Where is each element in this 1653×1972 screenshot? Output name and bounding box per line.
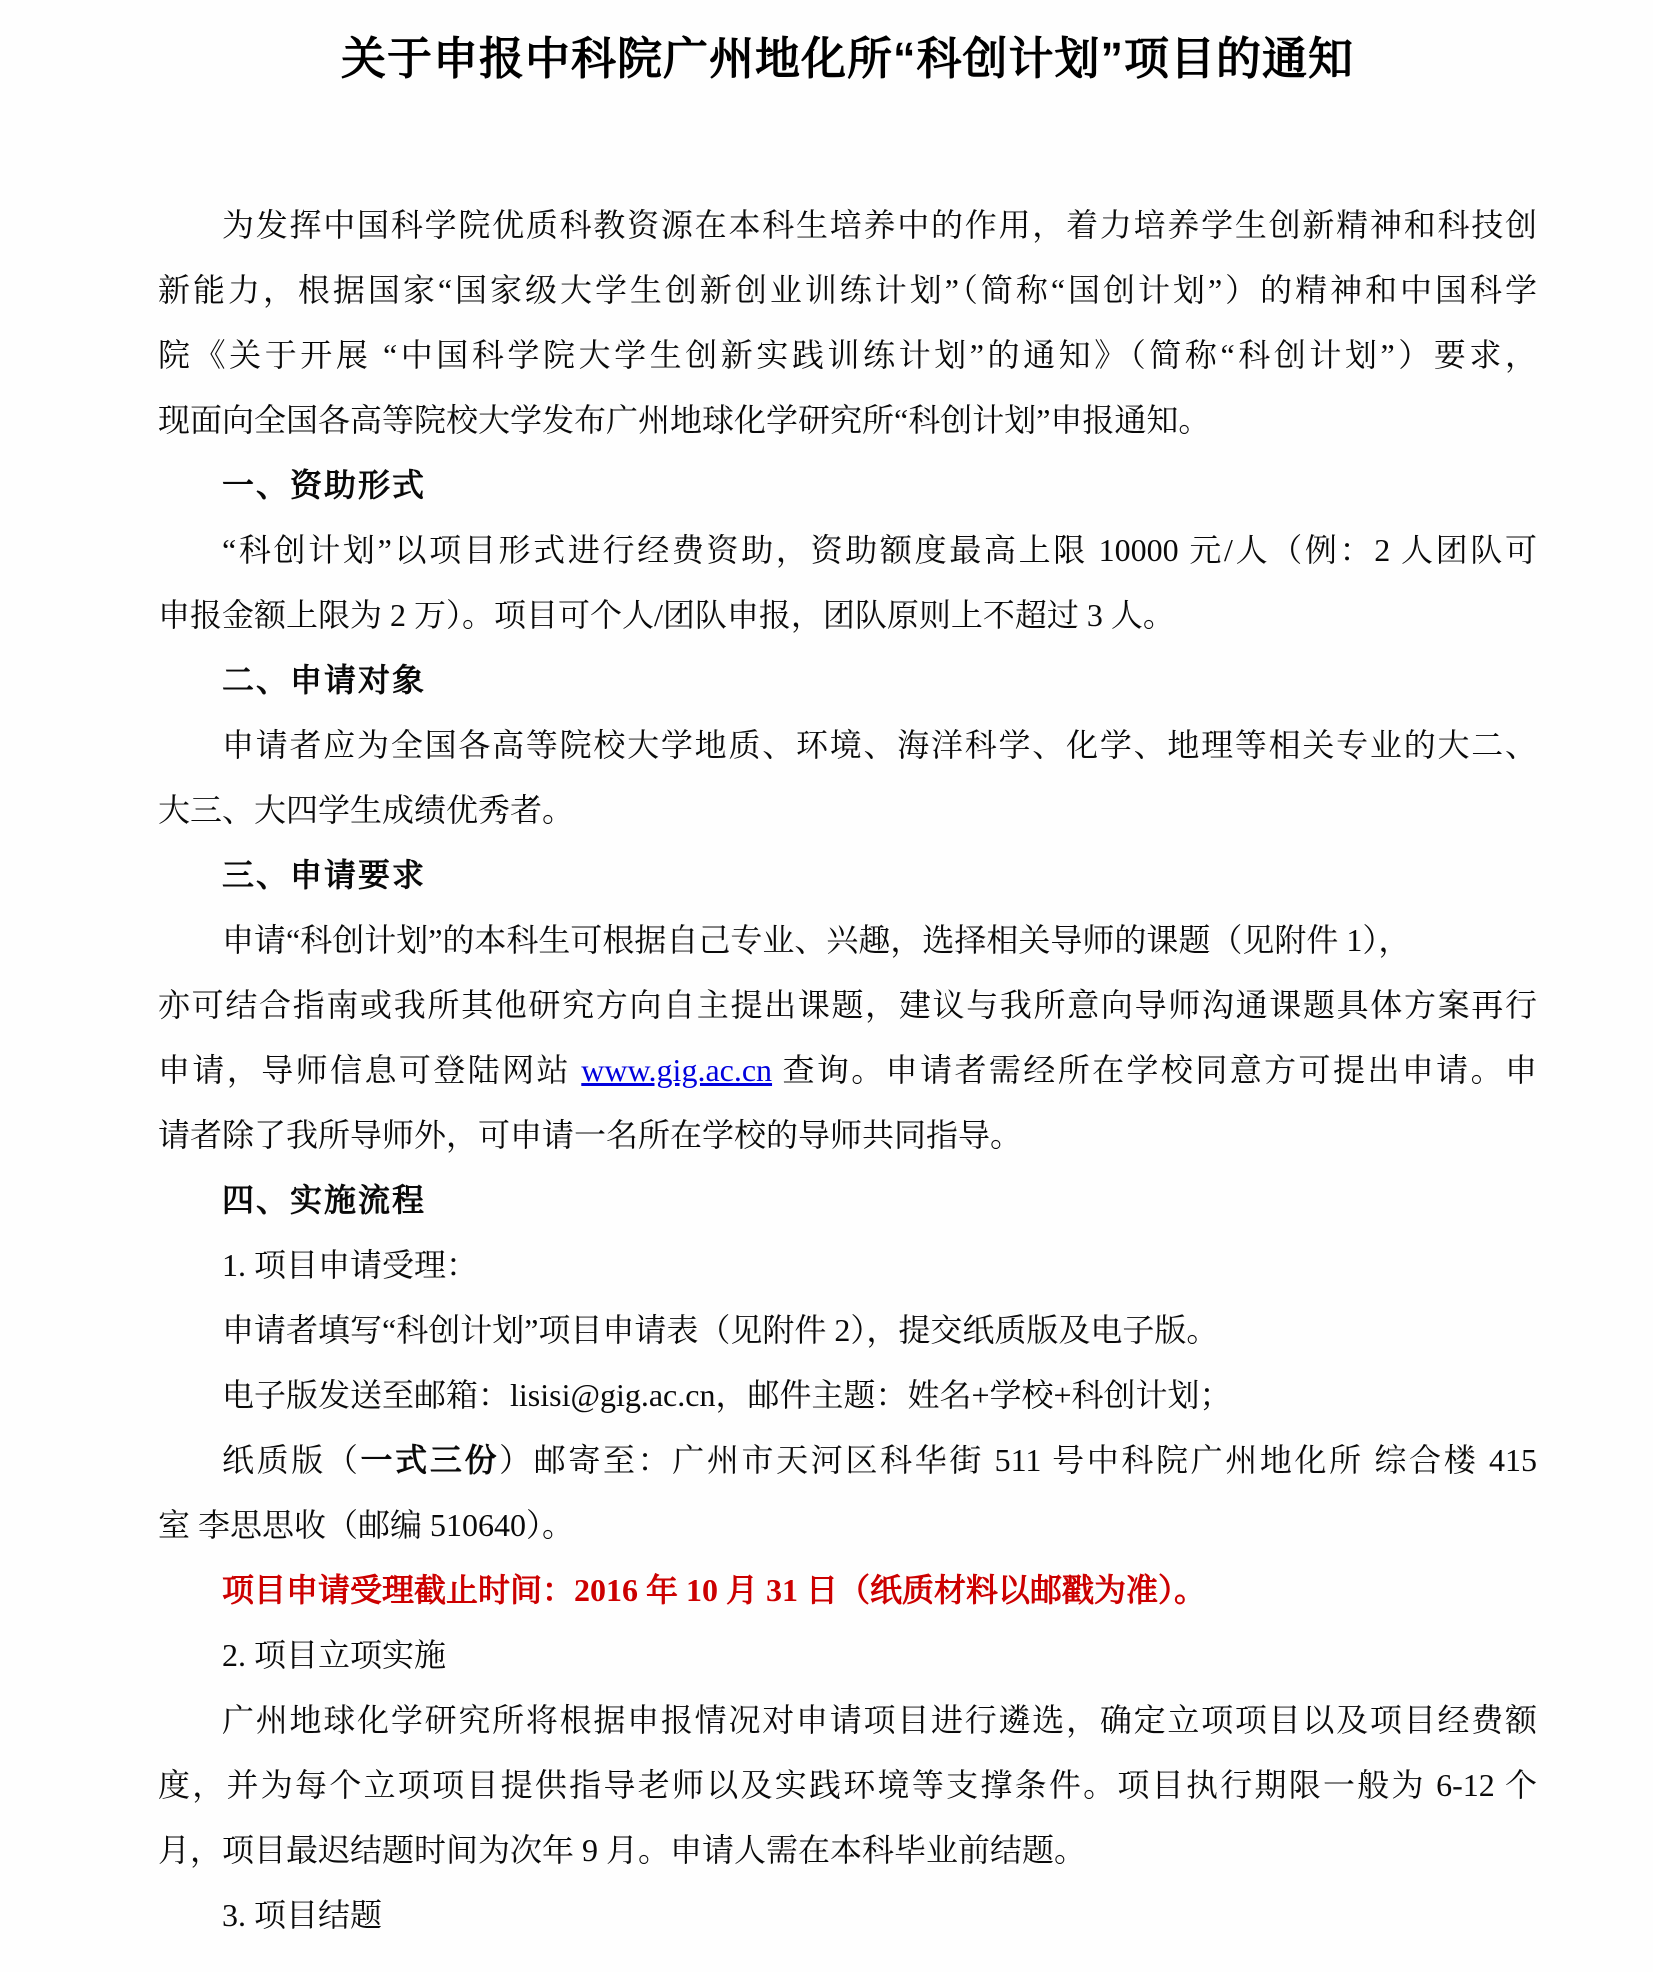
doc-line: 大三、大四学生成绩优秀者。 xyxy=(158,778,1537,843)
text-run: 纸质版（ xyxy=(222,1442,361,1478)
text-run: 亦可结合指南或我所其他研究方向自主提出课题，建议与我所意向导师沟通课题具体方案再… xyxy=(158,987,1537,1023)
funding-paragraph: “科创计划”以项目形式进行经费资助，资助额度最高上限 10000 元/人（例：2… xyxy=(158,518,1537,648)
document-title: 关于申报中科院广州地化所“科创计划”项目的通知 xyxy=(158,0,1537,91)
doc-line: “科创计划”以项目形式进行经费资助，资助额度最高上限 10000 元/人（例：2… xyxy=(158,518,1537,583)
doc-line: 为发挥中国科学院优质科教资源在本科生培养中的作用，着力培养学生创新精神和科技创 xyxy=(158,193,1537,258)
text-run: 四、实施流程 xyxy=(222,1182,426,1218)
doc-line: 3. 项目结题 xyxy=(158,1883,1537,1948)
doc-line: 室 李思思收（邮编 510640）。 xyxy=(158,1493,1537,1558)
doc-line: 申请者填写“科创计划”项目申请表（见附件 2），提交纸质版及电子版。 xyxy=(158,1298,1537,1363)
text-run: 1. 项目申请受理： xyxy=(222,1247,478,1283)
text-run: 一、资助形式 xyxy=(222,467,426,503)
text-run: 度，并为每个立项项目提供指导老师以及实践环境等支撑条件。项目执行期限一般为 6-… xyxy=(158,1767,1537,1803)
doc-line: 2. 项目立项实施 xyxy=(158,1623,1537,1688)
doc-line: 现面向全国各高等院校大学发布广州地球化学研究所“科创计划”申报通知。 xyxy=(158,388,1537,453)
doc-line: 度，并为每个立项项目提供指导老师以及实践环境等支撑条件。项目执行期限一般为 6-… xyxy=(158,1753,1537,1818)
text-run: 室 李思思收（邮编 510640）。 xyxy=(158,1507,574,1543)
doc-line: 二、申请对象 xyxy=(158,648,1537,713)
doc-line: 三、申请要求 xyxy=(158,843,1537,908)
doc-line: 申请，导师信息可登陆网站 www.gig.ac.cn 查询。申请者需经所在学校同… xyxy=(158,1038,1537,1103)
step1-email-paragraph: 电子版发送至邮箱：lisisi@gig.ac.cn，邮件主题：姓名+学校+科创计… xyxy=(158,1363,1537,1428)
text-run: 3. 项目结题 xyxy=(222,1897,382,1933)
text-run: 三、申请要求 xyxy=(222,857,426,893)
text-run: 申报金额上限为 2 万）。项目可个人/团队申报，团队原则上不超过 3 人。 xyxy=(158,597,1175,633)
doc-line: 纸质版（一式三份）邮寄至：广州市天河区科华街 511 号中科院广州地化所 综合楼… xyxy=(158,1428,1537,1493)
doc-line: 四、实施流程 xyxy=(158,1168,1537,1233)
text-run: 申请者填写“科创计划”项目申请表（见附件 2），提交纸质版及电子版。 xyxy=(222,1312,1218,1348)
heading-funding-format: 一、资助形式 xyxy=(158,453,1537,518)
text-run: 大三、大四学生成绩优秀者。 xyxy=(158,792,574,828)
doc-line: 请者除了我所导师外，可申请一名所在学校的导师共同指导。 xyxy=(158,1103,1537,1168)
text-run: 请者除了我所导师外，可申请一名所在学校的导师共同指导。 xyxy=(158,1117,1022,1153)
text-run: ）邮寄至：广州市天河区科华街 511 号中科院广州地化所 综合楼 415 xyxy=(499,1442,1537,1478)
doc-line: 1. 项目申请受理： xyxy=(158,1233,1537,1298)
text-run: 项目申请受理截止时间：2016 年 10 月 31 日（纸质材料以邮戳为准）。 xyxy=(222,1572,1206,1608)
step1-form-paragraph: 申请者填写“科创计划”项目申请表（见附件 2），提交纸质版及电子版。 xyxy=(158,1298,1537,1363)
step1-title-paragraph: 1. 项目申请受理： xyxy=(158,1233,1537,1298)
intro-paragraph: 为发挥中国科学院优质科教资源在本科生培养中的作用，着力培养学生创新精神和科技创新… xyxy=(158,193,1537,453)
step1-mail-address-paragraph: 纸质版（一式三份）邮寄至：广州市天河区科华街 511 号中科院广州地化所 综合楼… xyxy=(158,1428,1537,1558)
text-run: 申请“科创计划”的本科生可根据自己专业、兴趣，选择相关导师的课题（见附件 1）， xyxy=(222,922,1410,958)
doc-line: 院《关于开展 “中国科学院大学生创新实践训练计划”的通知》（简称“科创计划”）要… xyxy=(158,323,1537,388)
step2-title-paragraph: 2. 项目立项实施 xyxy=(158,1623,1537,1688)
doc-line: 项目申请受理截止时间：2016 年 10 月 31 日（纸质材料以邮戳为准）。 xyxy=(158,1558,1537,1623)
doc-line: 新能力，根据国家“国家级大学生创新创业训练计划”（简称“国创计划”）的精神和中国… xyxy=(158,258,1537,323)
applicants-paragraph: 申请者应为全国各高等院校大学地质、环境、海洋科学、化学、地理等相关专业的大二、大… xyxy=(158,713,1537,843)
heading-application-target: 二、申请对象 xyxy=(158,648,1537,713)
doc-line: 申请“科创计划”的本科生可根据自己专业、兴趣，选择相关导师的课题（见附件 1）， xyxy=(158,908,1537,973)
text-run: 为发挥中国科学院优质科教资源在本科生培养中的作用，着力培养学生创新精神和科技创 xyxy=(222,207,1537,243)
doc-line: 申报金额上限为 2 万）。项目可个人/团队申报，团队原则上不超过 3 人。 xyxy=(158,583,1537,648)
requirements-paragraph: 申请“科创计划”的本科生可根据自己专业、兴趣，选择相关导师的课题（见附件 1），… xyxy=(158,908,1537,1168)
doc-line: 一、资助形式 xyxy=(158,453,1537,518)
doc-line: 亦可结合指南或我所其他研究方向自主提出课题，建议与我所意向导师沟通课题具体方案再… xyxy=(158,973,1537,1038)
text-run: 院《关于开展 “中国科学院大学生创新实践训练计划”的通知》（简称“科创计划”）要… xyxy=(158,337,1537,373)
document-page: 关于申报中科院广州地化所“科创计划”项目的通知 为发挥中国科学院优质科教资源在本… xyxy=(0,0,1653,1972)
step2-paragraph: 广州地球化学研究所将根据申报情况对申请项目进行遴选，确定立项项目以及项目经费额度… xyxy=(158,1688,1537,1883)
text-run: 申请，导师信息可登陆网站 xyxy=(158,1052,581,1088)
text-run: 申请者应为全国各高等院校大学地质、环境、海洋科学、化学、地理等相关专业的大二、 xyxy=(222,727,1537,763)
text-run: 新能力，根据国家“国家级大学生创新创业训练计划”（简称“国创计划”）的精神和中国… xyxy=(158,272,1537,308)
text-run: 查询。申请者需经所在学校同意方可提出申请。申 xyxy=(772,1052,1537,1088)
text-run: 月，项目最迟结题时间为次年 9 月。申请人需在本科毕业前结题。 xyxy=(158,1832,1086,1868)
doc-line: 广州地球化学研究所将根据申报情况对申请项目进行遴选，确定立项项目以及项目经费额 xyxy=(158,1688,1537,1753)
step3-title-paragraph: 3. 项目结题 xyxy=(158,1883,1537,1948)
text-run: 广州地球化学研究所将根据申报情况对申请项目进行遴选，确定立项项目以及项目经费额 xyxy=(222,1702,1537,1738)
deadline-notice: 项目申请受理截止时间：2016 年 10 月 31 日（纸质材料以邮戳为准）。 xyxy=(158,1558,1537,1623)
doc-line: 电子版发送至邮箱：lisisi@gig.ac.cn，邮件主题：姓名+学校+科创计… xyxy=(158,1363,1537,1428)
heading-application-requirements: 三、申请要求 xyxy=(158,843,1537,908)
doc-line: 申请者应为全国各高等院校大学地质、环境、海洋科学、化学、地理等相关专业的大二、 xyxy=(158,713,1537,778)
text-run: “科创计划”以项目形式进行经费资助，资助额度最高上限 10000 元/人（例：2… xyxy=(222,532,1537,568)
text-run: 现面向全国各高等院校大学发布广州地球化学研究所“科创计划”申报通知。 xyxy=(158,402,1210,438)
heading-implementation-process: 四、实施流程 xyxy=(158,1168,1537,1233)
doc-line: 月，项目最迟结题时间为次年 9 月。申请人需在本科毕业前结题。 xyxy=(158,1818,1537,1883)
gig-website-link[interactable]: www.gig.ac.cn xyxy=(581,1052,772,1088)
document-body: 为发挥中国科学院优质科教资源在本科生培养中的作用，着力培养学生创新精神和科技创新… xyxy=(158,193,1537,1948)
text-run: 二、申请对象 xyxy=(222,662,426,698)
text-run: 2. 项目立项实施 xyxy=(222,1637,446,1673)
text-run: 电子版发送至邮箱：lisisi@gig.ac.cn，邮件主题：姓名+学校+科创计… xyxy=(222,1377,1232,1413)
bold-emphasis: 一式三份 xyxy=(361,1442,500,1478)
